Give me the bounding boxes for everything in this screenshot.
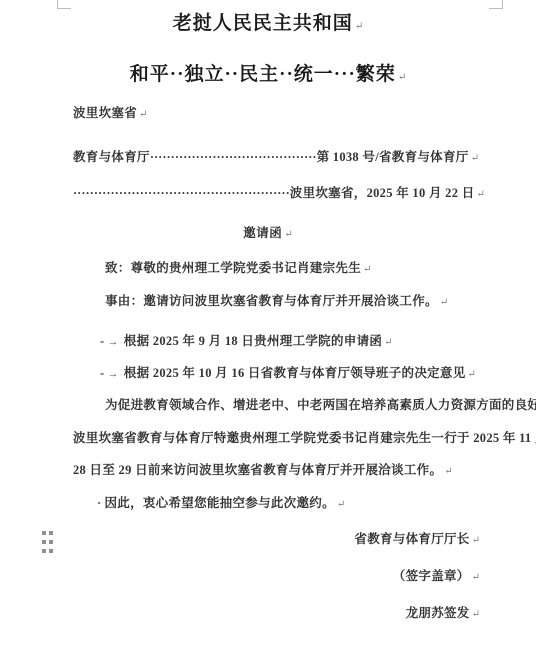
addressee-line: 致：尊敬的贵州理工学院党委书记肖建宗先生↵ <box>105 260 371 278</box>
letterhead-country-title: 老挝人民民主共和国↵ <box>0 12 536 39</box>
addressee-text: 致：尊敬的贵州理工学院党委书记肖建宗先生 <box>105 261 361 275</box>
body-paragraph-line-1: 为促进教育领域合作、增进老中、中老两国在培养高素质人力资源方面的良好友谊， <box>105 397 536 414</box>
signature-title-text: 省教育与体育厅厅长 <box>354 532 469 546</box>
paragraph-end-mark: ↵ <box>337 499 345 510</box>
body-text-1: 为促进教育领域合作、增进老中、中老两国在培养高素质人力资源方面的良好友谊， <box>105 398 536 412</box>
text-boundary-mark-top-right <box>489 0 503 9</box>
basis-item-2: -→根据 2025 年 10 月 16 日省教育与体育厅领导班子的决定意见↵ <box>100 365 476 383</box>
closing-line: ·因此，衷心希望您能抽空参与此次邀约。↵ <box>97 495 345 513</box>
tab-arrow-mark: → <box>107 368 118 380</box>
text-boundary-mark-top-left <box>57 0 71 9</box>
subject-line: 事由：邀请访问波里坎塞省教育与体育厅并开展洽谈工作。↵ <box>105 293 448 311</box>
signature-signer-text: 龙朋苏签发 <box>406 606 470 620</box>
paragraph-end-mark: ↵ <box>444 466 452 477</box>
paragraph-end-mark: ↵ <box>398 72 406 83</box>
doc-title-text: 邀请函 <box>243 226 282 240</box>
letterhead-motto: 和平··独立··民主··统一···繁荣↵ <box>0 63 536 90</box>
signature-seal-text: （签字盖章） <box>393 569 470 583</box>
paragraph-end-mark: ↵ <box>355 21 363 32</box>
place-date-text: 波里坎塞省，2025 年 10 月 22 日 <box>290 186 475 200</box>
sender-province-line: 波里坎塞省↵ <box>73 105 147 123</box>
closing-text: 因此，衷心希望您能抽空参与此次邀约。 <box>104 496 334 510</box>
paragraph-end-mark: ↵ <box>384 337 392 348</box>
document-page[interactable]: 老挝人民民主共和国↵ 和平··独立··民主··统一···繁荣↵ 波里坎塞省↵ 教… <box>0 0 536 657</box>
body-paragraph-line-3: 28 日至 29 日前来访问波里坎塞省教育与体育厅并开展洽谈工作。↵ <box>73 462 453 480</box>
country-title-text: 老挝人民民主共和国 <box>173 13 353 34</box>
basis-2-text: 根据 2025 年 10 月 16 日省教育与体育厅领导班子的决定意见 <box>124 366 466 380</box>
motto-text: 和平··独立··民主··统一···繁荣 <box>130 64 396 85</box>
tab-arrow-mark: → <box>107 336 118 348</box>
paragraph-end-mark: ↵ <box>440 297 448 308</box>
body-text-3: 28 日至 29 日前来访问波里坎塞省教育与体育厅并开展洽谈工作。 <box>73 463 442 477</box>
paragraph-end-mark: ↵ <box>284 229 292 240</box>
paragraph-end-mark: ↵ <box>472 535 480 546</box>
paragraph-end-mark: ↵ <box>471 153 479 164</box>
basis-1-text: 根据 2025 年 9 月 18 日贵州理工学院的申请函 <box>124 334 382 348</box>
paragraph-end-mark: ↵ <box>139 109 147 120</box>
space-leader-dots: ········································ <box>150 150 317 164</box>
paragraph-end-mark: ↵ <box>472 609 480 620</box>
margin-anchor-dots <box>42 531 46 535</box>
basis-item-1: -→根据 2025 年 9 月 18 日贵州理工学院的申请函↵ <box>100 333 393 351</box>
space-dot-mark: · <box>97 496 101 510</box>
reference-number-text: 第 1038 号/省教育与体育厅 <box>317 150 469 164</box>
paragraph-end-mark: ↵ <box>472 572 480 583</box>
body-text-2: 波里坎塞省教育与体育厅特邀贵州理工学院党委书记肖建宗先生一行于 2025 年 1… <box>73 431 536 445</box>
dash-text: - <box>100 334 104 348</box>
doc-title-line: 邀请函↵ <box>0 225 536 243</box>
paragraph-end-mark: ↵ <box>363 264 371 275</box>
paragraph-end-mark: ↵ <box>468 369 476 380</box>
subject-text: 事由：邀请访问波里坎塞省教育与体育厅并开展洽谈工作。 <box>105 294 438 308</box>
province-text: 波里坎塞省 <box>73 106 137 120</box>
department-text: 教育与体育厅 <box>73 150 150 164</box>
dash-text: - <box>100 366 104 380</box>
paragraph-end-mark: ↵ <box>477 189 485 200</box>
space-leader-dots: ········································… <box>73 186 290 200</box>
signature-seal-line: （签字盖章）↵ <box>393 568 480 586</box>
date-line: ········································… <box>73 185 485 203</box>
signature-signer-line: 龙朋苏签发↵ <box>406 605 480 623</box>
sender-department-line: 教育与体育厅··································… <box>73 149 479 167</box>
body-paragraph-line-2: 波里坎塞省教育与体育厅特邀贵州理工学院党委书记肖建宗先生一行于 2025 年 1… <box>73 430 536 447</box>
signature-title-line: 省教育与体育厅厅长↵ <box>354 531 480 549</box>
